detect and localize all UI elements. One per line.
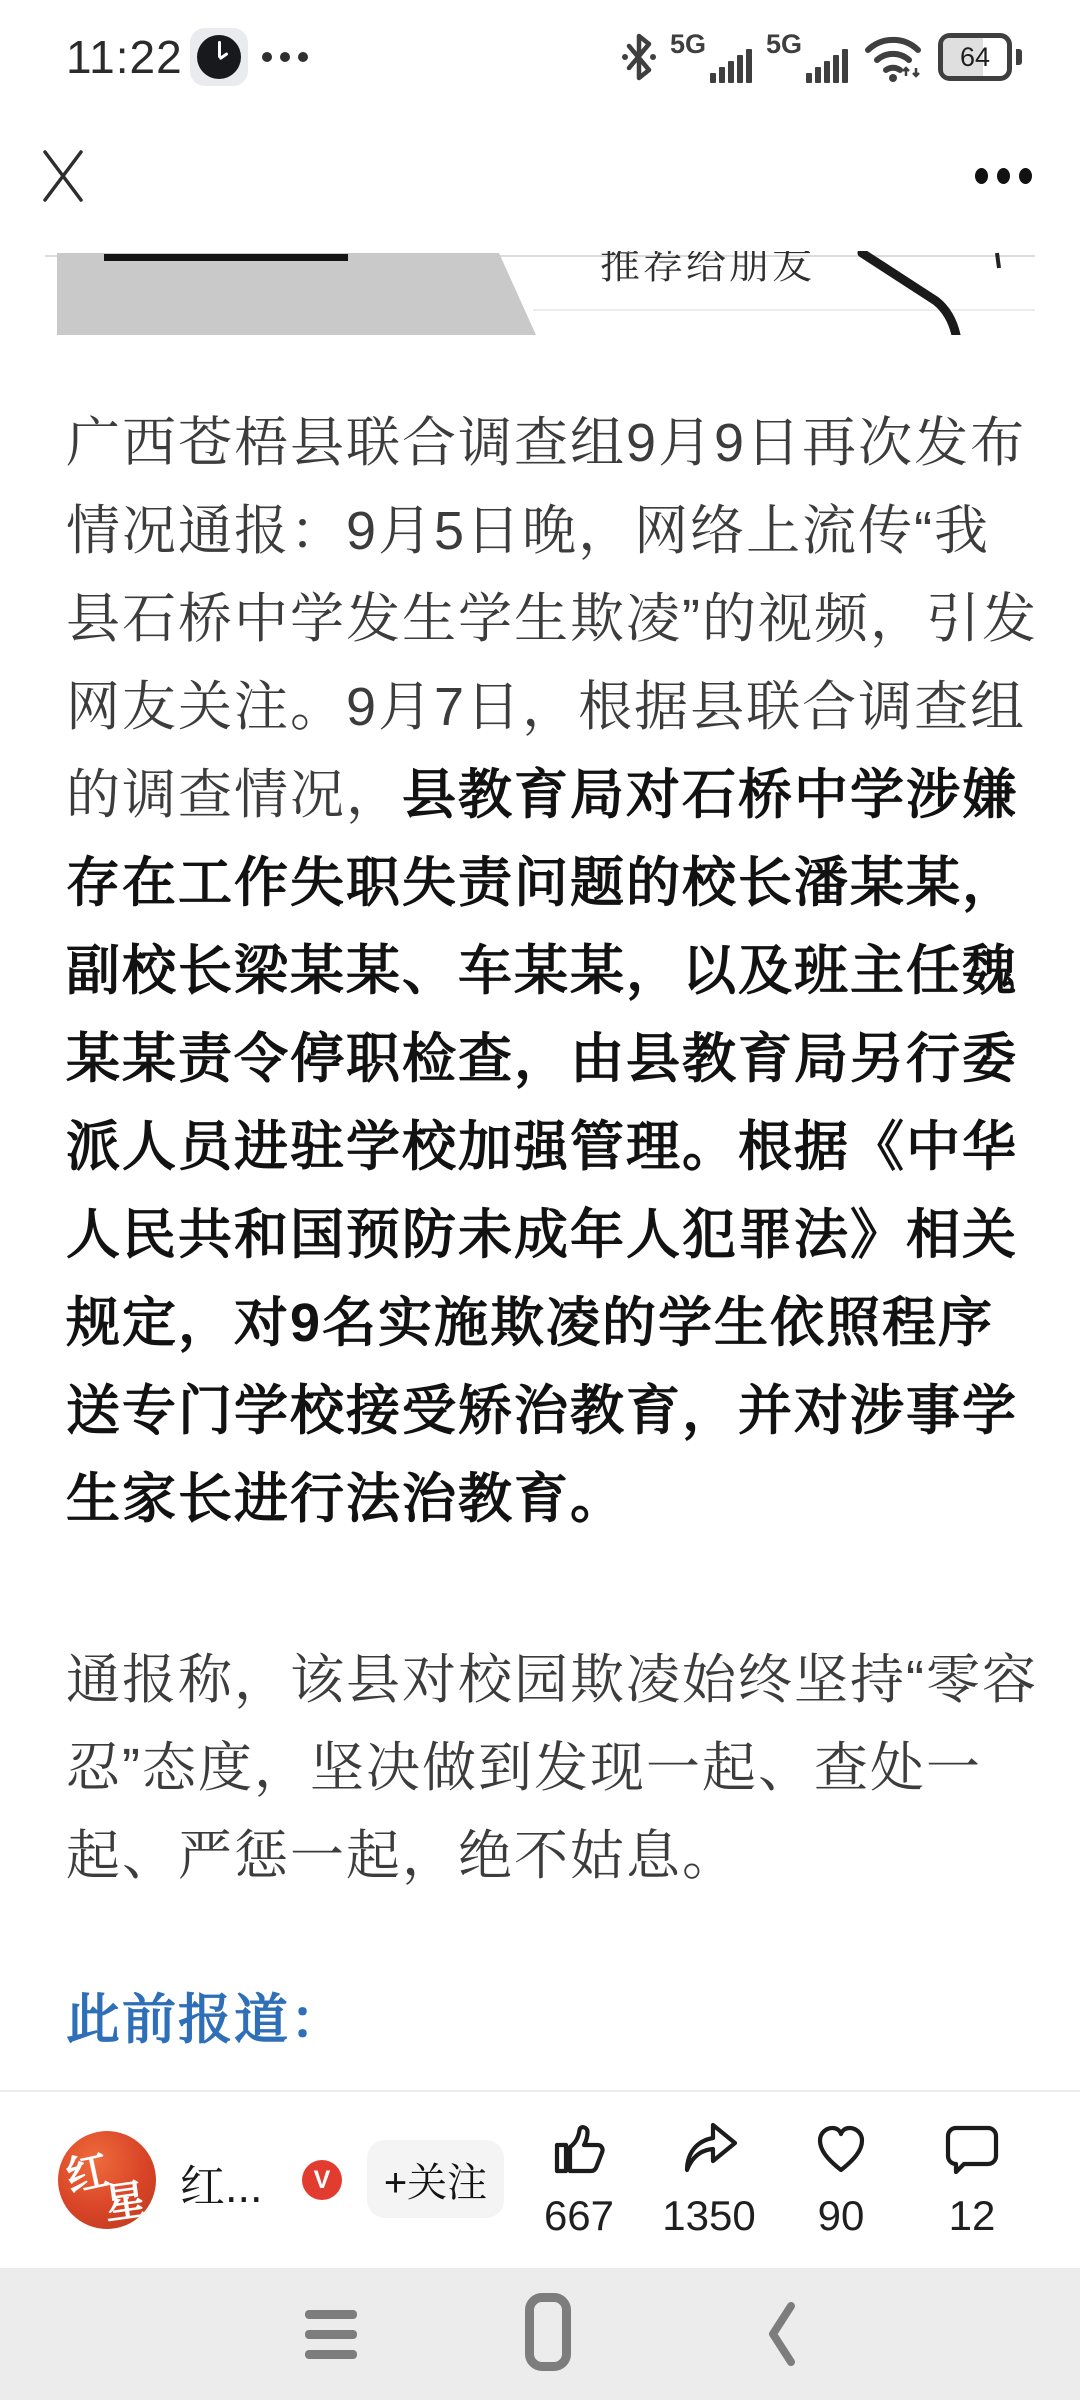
article-line: 的调查情况，县教育局对石桥中学涉嫌 <box>66 751 1026 839</box>
article-line: 规定，对9名实施欺凌的学生依照程序 <box>66 1279 1026 1367</box>
wifi-icon <box>862 30 924 84</box>
battery-nub <box>1016 49 1022 65</box>
follow-button[interactable]: +关注 <box>367 2140 504 2218</box>
footer-bar: 红 星 红... V +关注 667 1350 90 <box>0 2092 1080 2268</box>
article-line: 送专门学校接受矫治教育，并对涉事学 <box>66 1367 1026 1455</box>
article-line: 副校长梁某某、车某某，以及班主任魏 <box>66 927 1026 1015</box>
status-bar: 11:22 5G 5G <box>0 0 1080 100</box>
article-line: 情况通报：9月5日晚，网络上流传“我 <box>66 487 1026 575</box>
comment-button[interactable]: 12 <box>912 2118 1032 2240</box>
article-image-cropped: 推荐给朋友 <box>0 251 1080 335</box>
article-line: 起、严惩一起，绝不姑息。 <box>66 1812 1026 1900</box>
comment-bubble-icon <box>942 2118 1002 2178</box>
article-line: 网友关注。9月7日，根据县联合调查组 <box>66 663 1026 751</box>
phone-screen: 11:22 5G 5G <box>0 0 1080 2400</box>
system-nav-bar <box>0 2268 1080 2400</box>
more-menu-icon[interactable] <box>969 162 1038 190</box>
heart-icon <box>811 2118 871 2178</box>
share-arrow-icon <box>679 2118 739 2178</box>
verified-badge: V <box>302 2160 342 2200</box>
battery-icon: 64 <box>938 33 1012 81</box>
bluetooth-icon <box>622 31 656 83</box>
article-line: 人民共和国预防未成年人犯罪法》相关 <box>66 1191 1026 1279</box>
favorite-button[interactable]: 90 <box>781 2118 901 2240</box>
previous-reports-link[interactable]: 此前报道： <box>66 1976 1026 2064</box>
comment-count: 12 <box>912 2192 1032 2240</box>
share-count: 1350 <box>649 2192 769 2240</box>
back-button[interactable] <box>765 2300 799 2368</box>
article-line: 通报称，该县对校园欺凌始终坚持“零容 <box>66 1636 1026 1724</box>
article-line: 忍”态度，坚决做到发现一起、查处一 <box>66 1724 1026 1812</box>
alarm-clock-icon <box>190 28 248 86</box>
status-time: 11:22 <box>66 30 183 84</box>
signal-sim1-icon: 5G <box>670 31 752 83</box>
article-line: 生家长进行法治教育。 <box>66 1455 1026 1543</box>
close-icon[interactable] <box>38 148 88 204</box>
article-line: 存在工作失职失责问题的校长潘某某， <box>66 839 1026 927</box>
notification-overflow-icon <box>262 52 308 62</box>
publisher-name[interactable]: 红... <box>180 2150 300 2215</box>
like-count: 667 <box>519 2192 639 2240</box>
thumbs-up-icon <box>549 2118 609 2178</box>
like-button[interactable]: 667 <box>519 2118 639 2240</box>
share-button[interactable]: 1350 <box>649 2118 769 2240</box>
battery-percent: 64 <box>960 42 990 73</box>
publisher-avatar[interactable]: 红 星 <box>58 2131 156 2229</box>
signal-sim2-icon: 5G <box>766 31 848 83</box>
article-line: 县石桥中学发生学生欺凌”的视频，引发 <box>66 575 1026 663</box>
article-line: 派人员进驻学校加强管理。根据《中华 <box>66 1103 1026 1191</box>
recents-button[interactable] <box>299 2304 363 2365</box>
image-caption: 推荐给朋友 <box>600 251 815 287</box>
article-line: 广西苍梧县联合调查组9月9日再次发布 <box>66 399 1026 487</box>
image-gray-panel <box>57 253 536 335</box>
app-header <box>0 100 1080 220</box>
article-line: 某某责令停职检查，由县教育局另行委 <box>66 1015 1026 1103</box>
status-icons: 5G 5G 64 <box>622 26 1022 88</box>
favorite-count: 90 <box>781 2192 901 2240</box>
home-button[interactable] <box>525 2293 571 2371</box>
